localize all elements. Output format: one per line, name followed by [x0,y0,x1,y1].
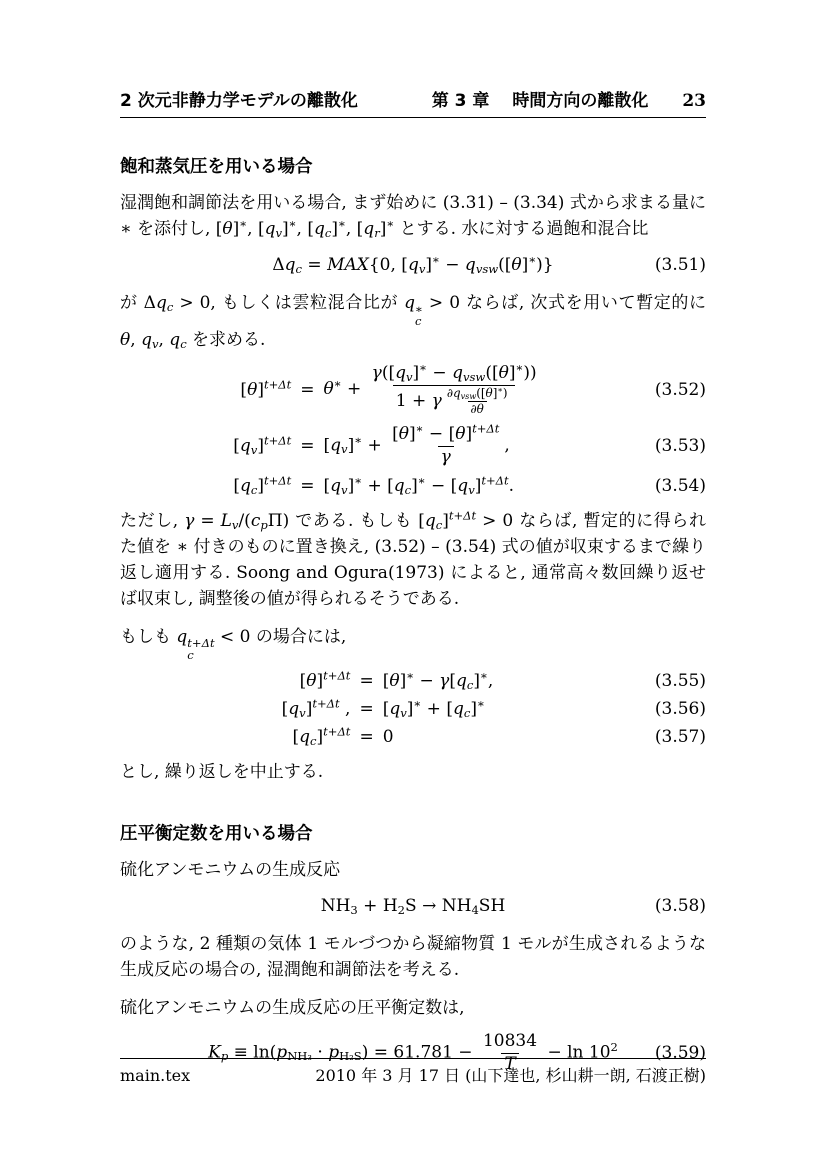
text-run: もしも [120,627,176,647]
text-run: , [ [297,219,314,239]
text-run: θ [324,379,334,399]
text-run: t+Δt [264,474,291,488]
text-run: t+Δt [449,509,476,523]
text-run: − [414,671,439,691]
equation-rhs: 0 [383,727,394,747]
text-run: ∗ [480,669,488,683]
text-run: q [408,255,419,275]
text-run: Δ [272,255,284,275]
fraction-denominator: γ [438,446,454,468]
text-run: ∗ [416,422,424,436]
equation-number: (3.55) [655,671,706,691]
text-run: θ [306,671,316,691]
text-run: ∗ [528,253,536,267]
fraction-numerator: ∂qvsw([θ]∗) [444,386,511,401]
text-run: vsw [476,262,498,276]
equation-group: [θ]t+Δt=[θ]∗ − γ[qc]∗,(3.55)[qv]t+Δt ,=[… [120,671,706,747]
equation-lhs: [qv]t+Δt , [282,699,351,719]
text-run: > 0, もしくは雲粒混合比が [173,293,404,313]
equation-lhs: [θ]t+Δt [240,380,291,400]
text-run: のような, 2 種類の気体 1 モルづつから凝縮物質 1 モルが生成されるような… [120,934,706,980]
text-run: > 0 ならば, 次式を用いて暫定的に [423,293,706,313]
page-number: 23 [682,90,706,112]
equals-sign: = [350,727,382,747]
equation-number: (3.51) [655,255,706,275]
fraction: [θ]∗ − [θ]t+Δtγ [389,424,502,468]
page-footer: main.tex 2010 年 3 月 17 日 (山下達也, 杉山耕一朗, 石… [120,1058,706,1087]
text-run: {0, [ [369,255,408,275]
text-run: ([ [485,363,498,383]
fraction-denominator: 1 + γ∂qvsw([θ]∗)∂θ [393,385,516,417]
text-run: θ [399,424,409,444]
document-content: 飽和蒸気圧を用いる場合湿潤飽和調節法を用いる場合, まず始めに (3.31) –… [120,156,706,1075]
document-page: 2 次元非静力学モデルの離散化 第 3 章 時間方向の離散化 23 飽和蒸気圧を… [0,0,826,1169]
text-run: S → NH [405,896,471,916]
equation-rhs: [qv]∗ + [qc]∗ − [qv]t+Δt. [324,476,515,496]
equation-rhs: θ∗ + γ([qv]∗ − qvsw([θ]∗))1 + γ∂qvsw([θ]… [324,363,542,416]
text-run: q [363,219,374,239]
text-run: ∂θ [471,402,484,416]
text-run: 2 [398,903,405,917]
text-run: ] [282,219,289,239]
text-run: q [314,219,325,239]
text-run: , [340,699,351,719]
paragraph: が Δqc > 0, もしくは雲粒混合比が q∗c > 0 ならば, 次式を用い… [120,290,706,353]
equation-lhs: [θ]t+Δt [300,671,351,691]
text-run: を求める. [187,330,266,350]
text-run: ∗ [289,217,297,231]
text-run: [ [449,671,456,691]
text-run: ] [470,699,477,719]
footer-filename: main.tex [120,1065,190,1087]
text-run: + [342,379,367,399]
paragraph: のような, 2 種類の気体 1 モルづつから凝縮物質 1 モルが生成されるような… [120,931,706,983]
equation-lhs: [qc]t+Δt [233,476,291,496]
text-run: が Δ [120,293,156,313]
equation-number: (3.58) [655,896,706,916]
equation-number: (3.57) [655,727,706,747]
text-run: q [169,330,180,350]
equals-sign: = [291,380,323,400]
text-run: ∗ [354,433,362,447]
text-run: + [ [362,476,394,496]
equation-number: (3.54) [655,476,706,496]
text-run: , [ [346,219,363,239]
text-run: q [285,255,296,275]
text-run: t+Δt [264,434,291,448]
text-run: ∗ [334,377,342,391]
paragraph: もしも qt+Δtc < 0 の場合には, [120,624,706,661]
text-run: q [465,255,476,275]
text-run: t+Δt [312,697,339,711]
text-run: q [456,671,467,691]
fraction: γ([qv]∗ − qvsw([θ]∗))1 + γ∂qvsw([θ]∗)∂θ [369,363,540,416]
equation: NH3 + H2S → NH4SH(3.58) [120,893,706,919]
text-run: q [457,476,468,496]
text-run: [ [233,476,240,496]
text-run: c [251,511,261,531]
text-run: vsw [461,391,477,401]
text-run: p [260,518,267,532]
equals-sign: = [291,436,323,456]
text-run: t+Δt [323,725,350,739]
text-run: q [299,727,310,747]
text-run: − [ [424,424,456,444]
equals-sign: = [350,699,382,719]
text-run: q [141,330,152,350]
fraction: ∂qvsw([θ]∗)∂θ [444,386,511,417]
text-run: t+Δt [323,669,350,683]
text-run: θ [455,424,465,444]
text-run: )} [536,255,553,275]
text-run: ([ [498,255,511,275]
running-head-chapter: 第 3 章 時間方向の離散化 [432,90,649,112]
text-run: γ [439,671,449,691]
paragraph: 硫化アンモニウムの生成反応の圧平衡定数は, [120,995,706,1021]
text-run: q [395,363,406,383]
text-run: γ [372,363,382,383]
equation-number: (3.53) [655,436,706,456]
text-run: ただし, [120,511,184,531]
text-run: ] [331,219,338,239]
text-run: , [158,330,169,350]
equation-rhs: [qv]∗ + [qc]∗ [383,699,485,719]
text-run: − [440,255,465,275]
text-run: ([ [382,363,395,383]
fraction-numerator: 10834 [480,1031,540,1052]
text-run: [ [392,424,399,444]
page-header: 2 次元非静力学モデルの離散化 第 3 章 時間方向の離散化 23 [120,90,706,118]
text-run: ∗ [419,361,427,375]
section-heading: 圧平衡定数を用いる場合 [120,823,706,845]
text-run: q [240,436,251,456]
text-run: ] [409,424,416,444]
text-run: ∂q [447,386,461,400]
text-run: Π) である. もしも [ [268,511,425,531]
text-run: ∗ [239,217,247,231]
text-run: ] [473,671,480,691]
text-run: 1 + [396,391,432,411]
subscript: c [415,315,421,327]
equals-sign: = [350,671,382,691]
text-run: ) [503,386,508,400]
section-heading: 飽和蒸気圧を用いる場合 [120,156,706,178]
running-head-section: 2 次元非静力学モデルの離散化 [120,90,358,112]
text-run: q [240,476,251,496]
text-run: q [330,436,341,456]
text-run: θ [486,386,493,400]
equation-number: (3.52) [655,380,706,400]
text-run: t+Δt [264,378,291,392]
text-run: q [330,476,341,496]
text-run: q [288,699,299,719]
text-run: とし, 繰り返しを中止する. [120,762,323,782]
text-run: θ [511,255,521,275]
text-run: = [194,511,220,531]
text-run: . [509,476,514,496]
text-run: + H [358,896,398,916]
text-run: θ [120,330,130,350]
equation-body: NH3 + H2S → NH4SH [321,896,506,916]
text-run: θ [389,671,399,691]
text-run: q [453,699,464,719]
text-run: ] [257,476,264,496]
text-run: ] [442,511,449,531]
text-run: ] [257,436,264,456]
text-run: θ [247,380,257,400]
text-run: SH [479,896,505,916]
text-run: , [130,330,141,350]
equation-rhs: [qv]∗ + [θ]∗ − [θ]t+Δtγ, [324,424,510,468]
equation-lhs: [qv]t+Δt [233,436,291,456]
text-run: q [394,476,405,496]
equation-rhs: [θ]∗ − γ[qc]∗, [383,671,494,691]
text-run: 4 [471,903,478,917]
text-run: NH [321,896,351,916]
text-run: 硫化アンモニウムの生成反応の圧平衡定数は, [120,998,465,1018]
text-run: ] [257,380,264,400]
footer-date-authors: 2010 年 3 月 17 日 (山下達也, 杉山耕一朗, 石渡正樹) [315,1065,706,1087]
sup-sub-stack: t+Δtc [187,637,214,661]
text-run: 0 [383,727,394,747]
text-run: ∗ [432,253,440,267]
text-run: ] [425,255,432,275]
text-run: − [ [426,476,458,496]
text-run: q [452,363,463,383]
text-run: t+Δt [481,474,508,488]
subscript: c [187,649,193,661]
text-run: 2 [611,1040,618,1054]
text-run: vsw [463,370,485,384]
text-run: ∗ [354,474,362,488]
equation-number: (3.56) [655,699,706,719]
text-run: L [221,511,232,531]
text-run: q [425,511,436,531]
text-run: [ [233,436,240,456]
paragraph: 湿潤飽和調節法を用いる場合, まず始めに (3.31) – (3.34) 式から… [120,190,706,242]
text-run: + [362,436,387,456]
text-run: = [302,255,327,275]
text-run: )) [523,363,536,383]
text-run: ∗ [477,697,485,711]
text-run: , [488,671,493,691]
text-run: q [404,293,415,313]
text-run: /( [238,511,250,531]
text-run: とする. 水に対する過飽和混合比 [394,219,648,239]
paragraph: とし, 繰り返しを中止する. [120,759,706,785]
text-run: q [156,293,167,313]
text-run: t+Δt [472,422,499,436]
text-run: θ [499,363,509,383]
paragraph: 硫化アンモニウムの生成反応 [120,857,706,883]
fraction-denominator: ∂θ [468,401,487,417]
text-run: γ [432,391,442,411]
text-run: ] [411,476,418,496]
text-run: , [504,436,509,456]
text-run: q [389,699,400,719]
text-run: 10834 [483,1031,537,1051]
text-run: − [427,363,452,383]
sup-sub-stack: ∗c [415,303,423,327]
text-run: q [176,627,187,647]
equation-body: Δqc = MAX{0, [qv]∗ − qvsw([θ]∗)} [272,255,553,275]
equation-group: [θ]t+Δt=θ∗ + γ([qv]∗ − qvsw([θ]∗))1 + γ∂… [120,363,706,496]
text-run: MAX [327,255,369,275]
text-run: ∗ [406,669,414,683]
paragraph: ただし, γ = Lv/(cpΠ) である. もしも [qc]t+Δt > 0 … [120,508,706,612]
text-run: ∗ [338,217,346,231]
fraction-numerator: γ([qv]∗ − qvsw([θ]∗)) [369,363,540,384]
text-run: ∗ [418,474,426,488]
equals-sign: = [291,476,323,496]
text-run: 硫化アンモニウムの生成反応 [120,860,340,880]
text-run: γ [184,511,194,531]
equation-lhs: [qc]t+Δt [293,727,351,747]
text-run: γ [441,447,451,467]
equation: Δqc = MAX{0, [qv]∗ − qvsw([θ]∗)}(3.51) [120,252,706,278]
text-run: 3 [350,903,357,917]
fraction-numerator: [θ]∗ − [θ]t+Δt [389,424,502,445]
text-run: + [ [421,699,453,719]
text-run: ([ [476,386,485,400]
text-run: , [ [247,219,264,239]
text-run: q [265,219,276,239]
text-run: < 0 の場合には, [215,627,347,647]
text-run: θ [222,219,232,239]
